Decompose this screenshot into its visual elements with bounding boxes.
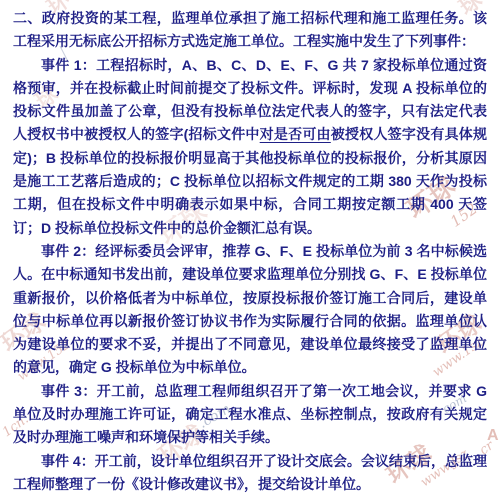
event-1-underlined-text: 对是否可由	[260, 126, 331, 142]
paragraph-event-4: 事件 4：开工前，设计单位组织召开了设计交底会。会议结束后，总监理工程师整理了一…	[13, 450, 487, 497]
document-page: 环球╲球环球环球152环球www.152环球www.1sz1cn..comcom…	[0, 0, 500, 501]
document-text: 二、政府投资的某工程，监理单位承担了施工招标代理和施工监理任务。该工程采用无标底…	[0, 0, 500, 496]
paragraph-event-3: 事件 3：开工前，总监理工程师组织召开了第一次工地会议，并要求 G 单位及时办理…	[13, 380, 487, 450]
paragraph-intro: 二、政府投资的某工程，监理单位承担了施工招标代理和施工监理任务。该工程采用无标底…	[13, 7, 487, 54]
event-1-text-post: 被授权人签字没有具体规定)；B 投标单位的投标报价明显高于其他投标单位的投标报价…	[13, 126, 487, 235]
paragraph-event-1: 事件 1：工程招标时，A、B、C、D、E、F、G 共 7 家投标单位通过资格预审…	[13, 54, 487, 240]
paragraph-event-2: 事件 2：经评标委员会评审，推荐 G、F、E 投标单位为前 3 名中标候选人。在…	[13, 240, 487, 380]
